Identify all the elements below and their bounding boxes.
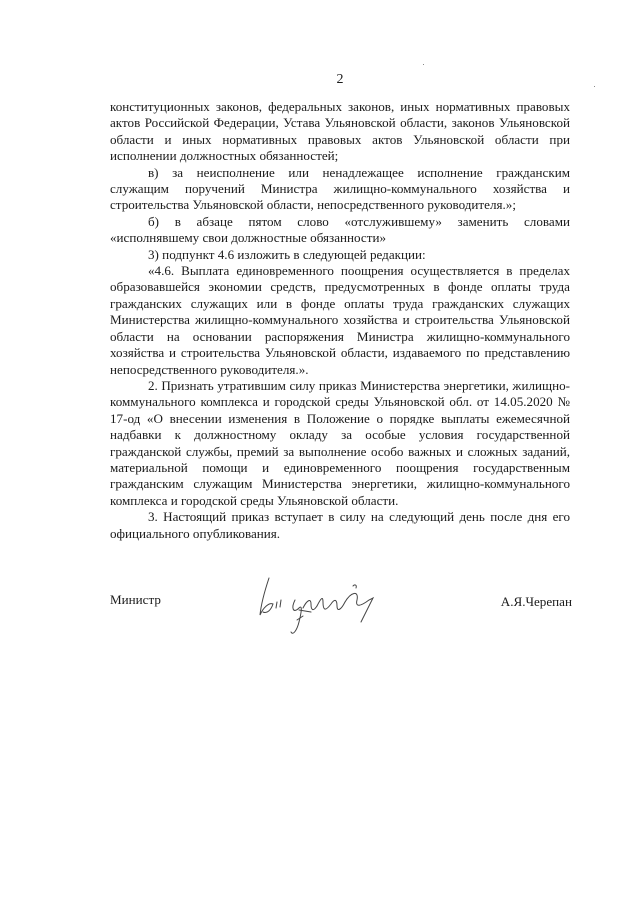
paragraph-1: конституционных законов, федеральных зак… — [110, 99, 570, 165]
paragraph-3: б) в абзаце пятом слово «отслужившему» з… — [110, 214, 570, 247]
paragraph-6: 2. Признать утратившим силу приказ Минис… — [110, 378, 570, 509]
document-page: 2 конституционных законов, федеральных з… — [0, 0, 640, 905]
paragraph-2: в) за неисполнение или ненадлежащее испо… — [110, 165, 570, 214]
document-body: конституционных законов, федеральных зак… — [110, 99, 570, 542]
handwritten-signature-icon — [255, 570, 395, 640]
signature-block: Министр А.Я.Черепан — [110, 582, 572, 642]
paragraph-4: 3) подпункт 4.6 изложить в следующей ред… — [110, 247, 570, 263]
page-number: 2 — [0, 72, 640, 88]
signatory-name: А.Я.Черепан — [501, 594, 572, 610]
paragraph-7: 3. Настоящий приказ вступает в силу на с… — [110, 509, 570, 542]
scan-speck — [423, 64, 424, 65]
paragraph-5: «4.6. Выплата единовременного поощрения … — [110, 263, 570, 378]
signatory-position: Министр — [110, 592, 161, 608]
